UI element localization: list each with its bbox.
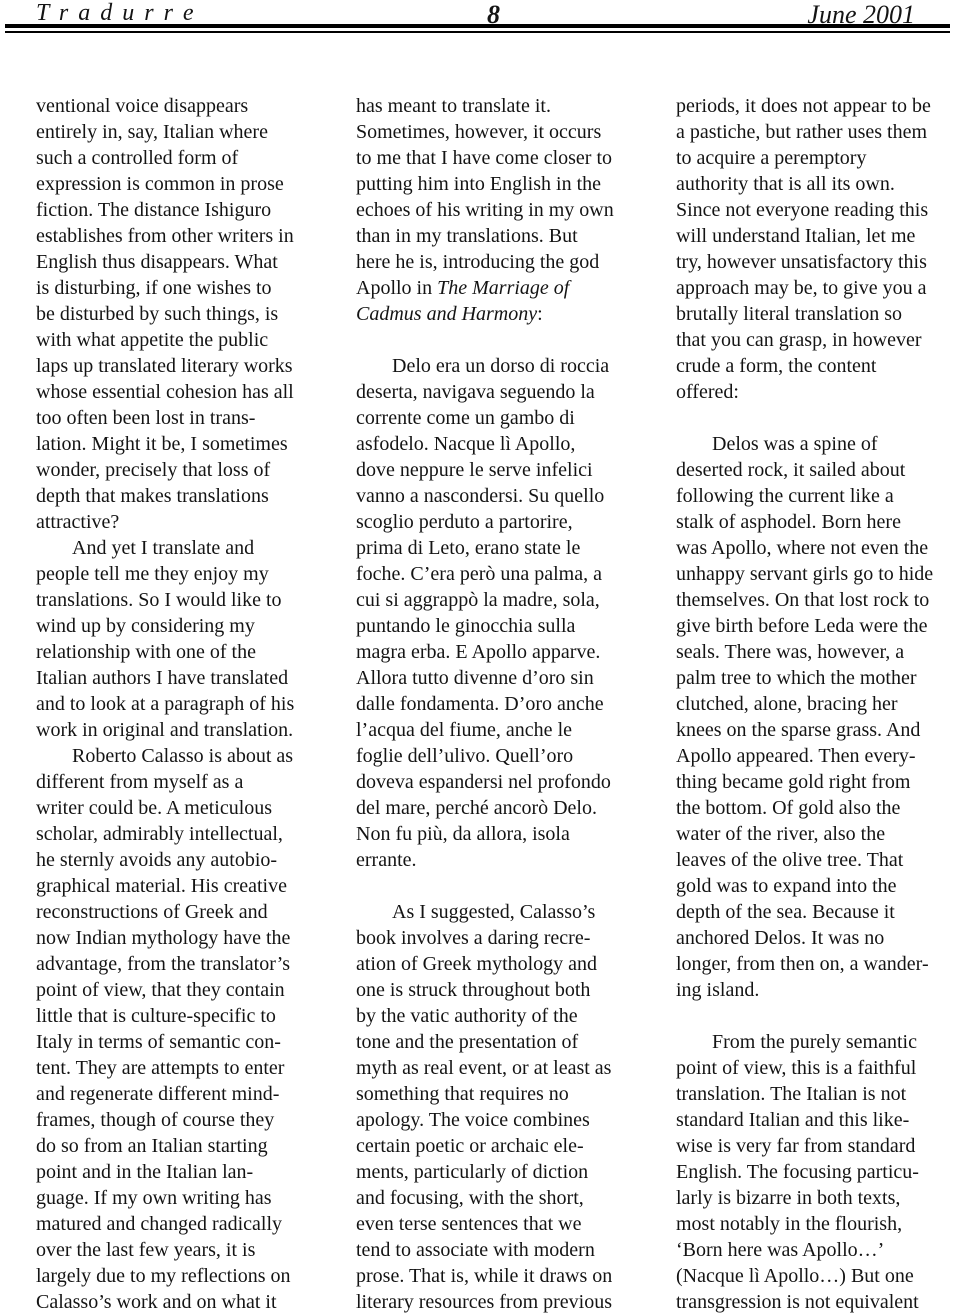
- text-line: Apollo appeared. Then every-: [676, 743, 952, 769]
- text-segment: a pastiche, but rather uses them: [676, 121, 927, 143]
- text-segment: lation. Might it be, I sometimes: [36, 433, 288, 455]
- text-segment: cui si aggrappò la madre, sola,: [356, 589, 600, 611]
- text-line: ‘Born here was Apollo…’: [676, 1237, 952, 1263]
- text-segment: magra erba. E Apollo apparve.: [356, 641, 600, 663]
- text-segment: English. The focusing particu-: [676, 1161, 919, 1183]
- text-segment: scholar, admirably intellectual,: [36, 823, 283, 845]
- text-line: try, however unsatisfactory this: [676, 249, 952, 275]
- text-line: English thus disappears. What: [36, 249, 330, 275]
- text-line: fiction. The distance Ishiguro: [36, 197, 330, 223]
- text-segment: larly is bizarre in both texts,: [676, 1187, 900, 1209]
- text-line: asfodelo. Nacque lì Apollo,: [356, 431, 650, 457]
- text-line: clutched, alone, bracing her: [676, 691, 952, 717]
- text-line: Sometimes, however, it occurs: [356, 119, 650, 145]
- text-segment: something that requires no: [356, 1083, 569, 1105]
- text-segment: was Apollo, where not even the: [676, 537, 928, 559]
- text-segment: is disturbing, if one wishes to: [36, 277, 272, 299]
- text-segment: certain poetic or archaic ele-: [356, 1135, 584, 1157]
- text-segment: deserta, navigava seguendo la: [356, 381, 595, 403]
- text-line: is disturbing, if one wishes to: [36, 275, 330, 301]
- text-segment: different from myself as a: [36, 771, 243, 793]
- text-line: leaves of the olive tree. That: [676, 847, 952, 873]
- paragraph: As I suggested, Calasso’sbook involves a…: [356, 899, 650, 1314]
- text-segment: echoes of his writing in my own: [356, 199, 614, 221]
- text-line: Calasso’s work and on what it: [36, 1289, 330, 1314]
- text-line: a pastiche, but rather uses them: [676, 119, 952, 145]
- text-line: frames, though of course they: [36, 1107, 330, 1133]
- text-line: here he is, introducing the god: [356, 249, 650, 275]
- text-segment: Delo era un dorso di roccia: [392, 355, 609, 377]
- newsletter-page: T r a d u r r e 8 June 2001 ventional vo…: [0, 0, 960, 1314]
- text-segment: try, however unsatisfactory this: [676, 251, 927, 273]
- text-segment: tent. They are attempts to enter: [36, 1057, 284, 1079]
- text-segment: English thus disappears. What: [36, 251, 278, 273]
- text-line: foglie dell’ulivo. Quell’oro: [356, 743, 650, 769]
- paragraph: Delos was a spine ofdeserted rock, it sa…: [676, 431, 952, 1003]
- text-segment: scoglio perduto a partorire,: [356, 511, 573, 533]
- text-segment: to acquire a peremptory: [676, 147, 866, 169]
- text-segment: doveva espandersi nel profondo: [356, 771, 611, 793]
- text-segment: wonder, precisely that loss of: [36, 459, 270, 481]
- text-segment: laps up translated literary works: [36, 355, 293, 377]
- text-segment: guage. If my own writing has: [36, 1187, 272, 1209]
- text-segment: be disturbed by such things, is: [36, 303, 278, 325]
- text-segment: brutally literal translation so: [676, 303, 902, 325]
- text-segment: themselves. On that lost rock to: [676, 589, 929, 611]
- text-line: ventional voice disappears: [36, 93, 330, 119]
- text-segment: now Indian mythology have the: [36, 927, 290, 949]
- text-line: tone and the presentation of: [356, 1029, 650, 1055]
- text-segment: frames, though of course they: [36, 1109, 274, 1131]
- text-line: translation. The Italian is not: [676, 1081, 952, 1107]
- text-segment: and to look at a paragraph of his: [36, 693, 294, 715]
- text-segment: book involves a daring recre-: [356, 927, 590, 949]
- text-segment: matured and changed radically: [36, 1213, 282, 1235]
- text-segment: translations. So I would like to: [36, 589, 282, 611]
- text-line: that you can grasp, in however: [676, 327, 952, 353]
- text-segment: reconstructions of Greek and: [36, 901, 268, 923]
- text-line: advantage, from the translator’s: [36, 951, 330, 977]
- text-line: do so from an Italian starting: [36, 1133, 330, 1159]
- text-segment: deserted rock, it sailed about: [676, 459, 905, 481]
- text-segment: advantage, from the translator’s: [36, 953, 290, 975]
- text-segment: dove neppure le serve infelici: [356, 459, 593, 481]
- text-segment: Delos was a spine of: [712, 433, 878, 455]
- text-line: Non fu più, da allora, isola: [356, 821, 650, 847]
- text-segment: myth as real event, or at least as: [356, 1057, 611, 1079]
- text-segment: periods, it does not appear to be: [676, 95, 931, 117]
- text-line: scholar, admirably intellectual,: [36, 821, 330, 847]
- text-segment: wise is very far from standard: [676, 1135, 915, 1157]
- text-segment: has meant to translate it.: [356, 95, 551, 117]
- text-line: puntando le ginocchia sulla: [356, 613, 650, 639]
- text-segment: point of view, that they contain: [36, 979, 285, 1001]
- text-segment: unhappy servant girls go to hide: [676, 563, 933, 585]
- text-segment: such a controlled form of: [36, 147, 238, 169]
- header-double-rule: [5, 24, 950, 33]
- text-line: such a controlled form of: [36, 145, 330, 171]
- text-line: Since not everyone reading this: [676, 197, 952, 223]
- text-line: tend to associate with modern: [356, 1237, 650, 1263]
- paragraph: Delo era un dorso di rocciadeserta, navi…: [356, 353, 650, 873]
- text-segment: del mare, perché ancorò Delo.: [356, 797, 597, 819]
- text-line: Italian authors I have translated: [36, 665, 330, 691]
- text-line: whose essential cohesion has all: [36, 379, 330, 405]
- text-segment: Since not everyone reading this: [676, 199, 928, 221]
- text-line: expression is common in prose: [36, 171, 330, 197]
- text-segment: apology. The voice combines: [356, 1109, 590, 1131]
- text-line: will understand Italian, let me: [676, 223, 952, 249]
- text-segment: attractive?: [36, 511, 119, 533]
- text-line: And yet I translate and: [36, 535, 330, 561]
- text-line: stalk of asphodel. Born here: [676, 509, 952, 535]
- text-line: seals. There was, however, a: [676, 639, 952, 665]
- text-line: matured and changed radically: [36, 1211, 330, 1237]
- text-segment: (Nacque lì Apollo…) But one: [676, 1265, 914, 1287]
- column-2: has meant to translate it.Sometimes, how…: [356, 93, 650, 1314]
- text-line: Cadmus and Harmony:: [356, 301, 650, 327]
- text-line: work in original and translation.: [36, 717, 330, 743]
- text-line: brutally literal translation so: [676, 301, 952, 327]
- text-segment: Italy in terms of semantic con-: [36, 1031, 281, 1053]
- text-segment: entirely in, say, Italian where: [36, 121, 268, 143]
- text-line: to me that I have come closer to: [356, 145, 650, 171]
- paragraph: ventional voice disappearsentirely in, s…: [36, 93, 330, 535]
- text-segment: palm tree to which the mother: [676, 667, 916, 689]
- text-segment: ‘Born here was Apollo…’: [676, 1239, 884, 1261]
- text-line: standard Italian and this like-: [676, 1107, 952, 1133]
- text-line: corrente come un gambo di: [356, 405, 650, 431]
- text-segment: putting him into English in the: [356, 173, 601, 195]
- text-segment: Apollo in: [356, 277, 437, 299]
- column-3: periods, it does not appear to bea pasti…: [676, 93, 952, 1314]
- text-line: unhappy servant girls go to hide: [676, 561, 952, 587]
- text-line: wonder, precisely that loss of: [36, 457, 330, 483]
- text-line: writer could be. A meticulous: [36, 795, 330, 821]
- text-segment: give birth before Leda were the: [676, 615, 928, 637]
- text-segment: Calasso’s work and on what it: [36, 1291, 277, 1313]
- text-line: lation. Might it be, I sometimes: [36, 431, 330, 457]
- text-line: book involves a daring recre-: [356, 925, 650, 951]
- text-segment: puntando le ginocchia sulla: [356, 615, 575, 637]
- text-line: English. The focusing particu-: [676, 1159, 952, 1185]
- text-line: doveva espandersi nel profondo: [356, 769, 650, 795]
- text-line: authority that is all its own.: [676, 171, 952, 197]
- text-line: to acquire a peremptory: [676, 145, 952, 171]
- text-line: tent. They are attempts to enter: [36, 1055, 330, 1081]
- text-line: approach may be, to give you a: [676, 275, 952, 301]
- text-line: vanno a nascondersi. Su quello: [356, 483, 650, 509]
- text-segment: standard Italian and this like-: [676, 1109, 909, 1131]
- text-segment: translation. The Italian is not: [676, 1083, 906, 1105]
- text-segment: longer, from then on, a wander-: [676, 953, 929, 975]
- text-line: wise is very far from standard: [676, 1133, 952, 1159]
- text-line: largely due to my reflections on: [36, 1263, 330, 1289]
- text-line: relationship with one of the: [36, 639, 330, 665]
- text-segment: and regenerate different mind-: [36, 1083, 279, 1105]
- text-line: Roberto Calasso is about as: [36, 743, 330, 769]
- text-line: thing became gold right from: [676, 769, 952, 795]
- text-segment: establishes from other writers in: [36, 225, 294, 247]
- text-line: myth as real event, or at least as: [356, 1055, 650, 1081]
- text-line: ation of Greek mythology and: [356, 951, 650, 977]
- text-line: over the last few years, it is: [36, 1237, 330, 1263]
- text-segment: here he is, introducing the god: [356, 251, 599, 273]
- text-segment: by the vatic authority of the: [356, 1005, 578, 1027]
- text-segment: relationship with one of the: [36, 641, 256, 663]
- text-line: magra erba. E Apollo apparve.: [356, 639, 650, 665]
- text-line: be disturbed by such things, is: [36, 301, 330, 327]
- text-segment: ventional voice disappears: [36, 95, 248, 117]
- paragraph: Roberto Calasso is about asdifferent fro…: [36, 743, 330, 1314]
- text-line: wind up by considering my: [36, 613, 330, 639]
- text-line: most notably in the flourish,: [676, 1211, 952, 1237]
- text-line: by the vatic authority of the: [356, 1003, 650, 1029]
- text-line: errante.: [356, 847, 650, 873]
- text-line: literary resources from previous: [356, 1289, 650, 1314]
- text-segment: depth that makes translations: [36, 485, 269, 507]
- text-line: point of view, that they contain: [36, 977, 330, 1003]
- text-line: give birth before Leda were the: [676, 613, 952, 639]
- text-segment: one is struck throughout both: [356, 979, 590, 1001]
- text-segment: dalle fondamenta. D’oro anche: [356, 693, 604, 715]
- text-line: depth of the sea. Because it: [676, 899, 952, 925]
- text-line: ments, particularly of diction: [356, 1159, 650, 1185]
- text-segment: whose essential cohesion has all: [36, 381, 294, 403]
- text-segment: :: [537, 303, 543, 325]
- text-line: translations. So I would like to: [36, 587, 330, 613]
- text-line: scoglio perduto a partorire,: [356, 509, 650, 535]
- text-line: deserted rock, it sailed about: [676, 457, 952, 483]
- text-line: deserta, navigava seguendo la: [356, 379, 650, 405]
- text-line: gold was to expand into the: [676, 873, 952, 899]
- text-line: point of view, this is a faithful: [676, 1055, 952, 1081]
- text-segment: Italian authors I have translated: [36, 667, 288, 689]
- text-line: prose. That is, while it draws on: [356, 1263, 650, 1289]
- paragraph: periods, it does not appear to bea pasti…: [676, 93, 952, 405]
- text-line: now Indian mythology have the: [36, 925, 330, 951]
- text-segment: thing became gold right from: [676, 771, 910, 793]
- text-segment: most notably in the flourish,: [676, 1213, 902, 1235]
- text-segment: too often been lost in trans-: [36, 407, 255, 429]
- text-segment: fiction. The distance Ishiguro: [36, 199, 271, 221]
- text-line: guage. If my own writing has: [36, 1185, 330, 1211]
- publication-title: T r a d u r r e: [36, 0, 196, 27]
- text-segment: following the current like a: [676, 485, 894, 507]
- text-line: certain poetic or archaic ele-: [356, 1133, 650, 1159]
- text-segment: people tell me they enjoy my: [36, 563, 269, 585]
- text-line: even terse sentences that we: [356, 1211, 650, 1237]
- text-segment: Non fu più, da allora, isola: [356, 823, 570, 845]
- paragraph: And yet I translate andpeople tell me th…: [36, 535, 330, 743]
- text-segment: expression is common in prose: [36, 173, 284, 195]
- text-columns: ventional voice disappearsentirely in, s…: [36, 93, 952, 1314]
- text-line: anchored Delos. It was no: [676, 925, 952, 951]
- text-segment: l’acqua del fiume, anche le: [356, 719, 572, 741]
- text-segment: even terse sentences that we: [356, 1213, 581, 1235]
- text-segment: with what appetite the public: [36, 329, 268, 351]
- text-segment: and focusing, with the short,: [356, 1187, 584, 1209]
- text-line: was Apollo, where not even the: [676, 535, 952, 561]
- text-line: the bottom. Of gold also the: [676, 795, 952, 821]
- text-line: prima di Leto, erano state le: [356, 535, 650, 561]
- text-line: dalle fondamenta. D’oro anche: [356, 691, 650, 717]
- text-line: dove neppure le serve infelici: [356, 457, 650, 483]
- text-line: longer, from then on, a wander-: [676, 951, 952, 977]
- text-line: one is struck throughout both: [356, 977, 650, 1003]
- text-line: (Nacque lì Apollo…) But one: [676, 1263, 952, 1289]
- text-segment: From the purely semantic: [712, 1031, 917, 1053]
- text-line: graphical material. His creative: [36, 873, 330, 899]
- text-line: different from myself as a: [36, 769, 330, 795]
- text-segment: anchored Delos. It was no: [676, 927, 884, 949]
- text-line: with what appetite the public: [36, 327, 330, 353]
- text-line: entirely in, say, Italian where: [36, 119, 330, 145]
- text-segment: writer could be. A meticulous: [36, 797, 272, 819]
- text-line: laps up translated literary works: [36, 353, 330, 379]
- text-line: putting him into English in the: [356, 171, 650, 197]
- text-line: following the current like a: [676, 483, 952, 509]
- text-segment: tone and the presentation of: [356, 1031, 578, 1053]
- text-line: water of the river, also the: [676, 821, 952, 847]
- text-line: del mare, perché ancorò Delo.: [356, 795, 650, 821]
- text-line: From the purely semantic: [676, 1029, 952, 1055]
- text-segment: tend to associate with modern: [356, 1239, 595, 1261]
- text-line: something that requires no: [356, 1081, 650, 1107]
- text-segment: transgression is not equivalent: [676, 1291, 919, 1313]
- text-line: has meant to translate it.: [356, 93, 650, 119]
- text-segment: And yet I translate and: [72, 537, 254, 559]
- text-segment: crude a form, the content: [676, 355, 876, 377]
- text-line: crude a form, the content: [676, 353, 952, 379]
- paragraph: has meant to translate it.Sometimes, how…: [356, 93, 650, 327]
- text-segment: Sometimes, however, it occurs: [356, 121, 601, 143]
- text-line: Delos was a spine of: [676, 431, 952, 457]
- text-segment: point and in the Italian lan-: [36, 1161, 253, 1183]
- text-segment: gold was to expand into the: [676, 875, 897, 897]
- text-segment: ing island.: [676, 979, 759, 1001]
- text-segment: corrente come un gambo di: [356, 407, 575, 429]
- text-line: attractive?: [36, 509, 330, 535]
- text-segment: depth of the sea. Because it: [676, 901, 895, 923]
- text-segment: graphical material. His creative: [36, 875, 287, 897]
- text-segment: As I suggested, Calasso’s: [392, 901, 595, 923]
- text-segment: Apollo appeared. Then every-: [676, 745, 916, 767]
- text-segment: ments, particularly of diction: [356, 1161, 588, 1183]
- text-segment: stalk of asphodel. Born here: [676, 511, 901, 533]
- text-segment: offered:: [676, 381, 739, 403]
- text-segment: the bottom. Of gold also the: [676, 797, 900, 819]
- text-segment: seals. There was, however, a: [676, 641, 904, 663]
- text-segment: wind up by considering my: [36, 615, 255, 637]
- text-line: themselves. On that lost rock to: [676, 587, 952, 613]
- text-line: he sternly avoids any autobio-: [36, 847, 330, 873]
- text-segment: point of view, this is a faithful: [676, 1057, 916, 1079]
- text-line: Delo era un dorso di roccia: [356, 353, 650, 379]
- text-segment: will understand Italian, let me: [676, 225, 915, 247]
- text-segment: asfodelo. Nacque lì Apollo,: [356, 433, 575, 455]
- text-segment: over the last few years, it is: [36, 1239, 255, 1261]
- text-line: foche. C’era però una palma, a: [356, 561, 650, 587]
- text-segment: authority that is all its own.: [676, 173, 895, 195]
- text-line: echoes of his writing in my own: [356, 197, 650, 223]
- text-line: establishes from other writers in: [36, 223, 330, 249]
- text-segment: vanno a nascondersi. Su quello: [356, 485, 604, 507]
- text-line: reconstructions of Greek and: [36, 899, 330, 925]
- text-segment: foche. C’era però una palma, a: [356, 563, 602, 585]
- italic-text: The Marriage of: [437, 277, 569, 299]
- page-header: T r a d u r r e 8 June 2001: [0, 0, 960, 24]
- text-line: As I suggested, Calasso’s: [356, 899, 650, 925]
- text-line: people tell me they enjoy my: [36, 561, 330, 587]
- text-line: depth that makes translations: [36, 483, 330, 509]
- text-segment: prose. That is, while it draws on: [356, 1265, 612, 1287]
- text-segment: approach may be, to give you a: [676, 277, 926, 299]
- text-line: transgression is not equivalent: [676, 1289, 952, 1314]
- text-line: offered:: [676, 379, 952, 405]
- text-segment: literary resources from previous: [356, 1291, 612, 1313]
- text-segment: leaves of the olive tree. That: [676, 849, 903, 871]
- text-segment: he sternly avoids any autobio-: [36, 849, 277, 871]
- text-segment: work in original and translation.: [36, 719, 293, 741]
- text-line: too often been lost in trans-: [36, 405, 330, 431]
- text-segment: than in my translations. But: [356, 225, 578, 247]
- text-segment: knees on the sparse grass. And: [676, 719, 920, 741]
- text-line: than in my translations. But: [356, 223, 650, 249]
- text-line: and focusing, with the short,: [356, 1185, 650, 1211]
- text-line: and regenerate different mind-: [36, 1081, 330, 1107]
- text-segment: largely due to my reflections on: [36, 1265, 291, 1287]
- text-segment: that you can grasp, in however: [676, 329, 921, 351]
- text-line: little that is culture-specific to: [36, 1003, 330, 1029]
- text-line: knees on the sparse grass. And: [676, 717, 952, 743]
- text-line: Allora tutto divenne d’oro sin: [356, 665, 650, 691]
- text-segment: foglie dell’ulivo. Quell’oro: [356, 745, 573, 767]
- text-line: larly is bizarre in both texts,: [676, 1185, 952, 1211]
- column-1: ventional voice disappearsentirely in, s…: [36, 93, 330, 1314]
- text-line: cui si aggrappò la madre, sola,: [356, 587, 650, 613]
- text-segment: do so from an Italian starting: [36, 1135, 268, 1157]
- text-line: and to look at a paragraph of his: [36, 691, 330, 717]
- text-line: periods, it does not appear to be: [676, 93, 952, 119]
- text-segment: prima di Leto, erano state le: [356, 537, 580, 559]
- text-line: Apollo in The Marriage of: [356, 275, 650, 301]
- text-line: apology. The voice combines: [356, 1107, 650, 1133]
- italic-text: Cadmus and Harmony: [356, 303, 537, 325]
- text-segment: clutched, alone, bracing her: [676, 693, 898, 715]
- text-line: point and in the Italian lan-: [36, 1159, 330, 1185]
- text-line: palm tree to which the mother: [676, 665, 952, 691]
- text-segment: Roberto Calasso is about as: [72, 745, 293, 767]
- text-segment: ation of Greek mythology and: [356, 953, 597, 975]
- text-segment: to me that I have come closer to: [356, 147, 612, 169]
- text-segment: little that is culture-specific to: [36, 1005, 276, 1027]
- text-line: l’acqua del fiume, anche le: [356, 717, 650, 743]
- text-segment: Allora tutto divenne d’oro sin: [356, 667, 594, 689]
- text-line: ing island.: [676, 977, 952, 1003]
- text-segment: water of the river, also the: [676, 823, 885, 845]
- text-line: Italy in terms of semantic con-: [36, 1029, 330, 1055]
- paragraph: From the purely semanticpoint of view, t…: [676, 1029, 952, 1314]
- text-segment: errante.: [356, 849, 417, 871]
